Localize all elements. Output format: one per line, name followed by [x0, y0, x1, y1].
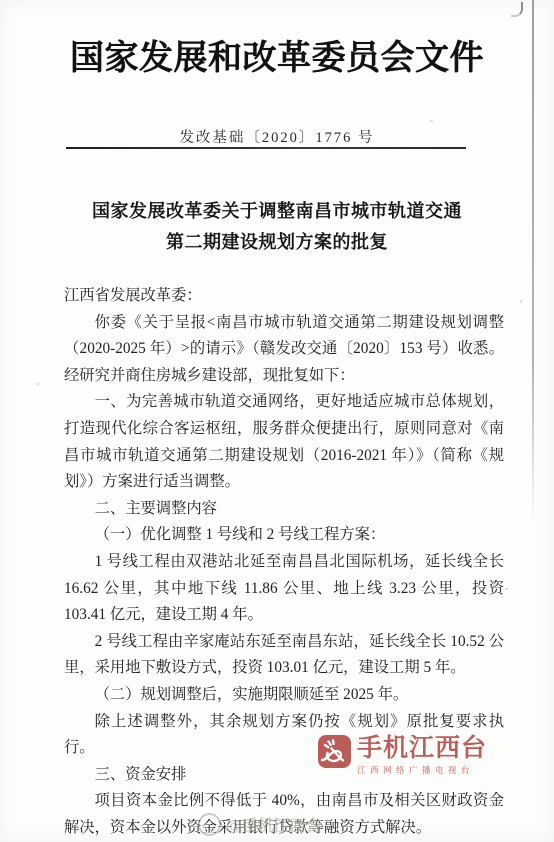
scan-speck [520, 300, 522, 303]
scan-edge-line [532, 0, 534, 525]
watermark-logo-subtext: 江西网络广播电视台 [357, 764, 487, 776]
doc-number: 发改基础〔2020〕1776 号 [0, 126, 554, 147]
document-title: 国家发展改革委关于调整南昌市城市轨道交通 第二期建设规划方案的批复 [0, 196, 554, 258]
watermark-logo-text: 手机江西台 [357, 735, 487, 761]
salutation-line: 江西省发展改革委： [64, 283, 504, 310]
title-line-2: 第二期建设规划方案的批复 [0, 227, 554, 258]
stamp-circle-icon [198, 813, 221, 836]
body-paragraph: 一、为完善城市轨道交通网络，更好地适应城市总体规划，打造现代化综合客运枢纽，服务… [64, 389, 504, 495]
jxntv-watermark: 手机江西台 江西网络广播电视台 [318, 735, 487, 776]
agency-header: 国家发展和改革委员会文件 [0, 30, 554, 79]
document-page: 国家发展和改革委员会文件 发改基础〔2020〕1776 号 国家发展改革委关于调… [0, 0, 554, 842]
body-paragraph: （一）优化调整 1 号线和 2 号线工程方案： [64, 522, 504, 549]
scan-corner-mark [511, 2, 523, 17]
title-line-1: 国家发展改革委关于调整南昌市城市轨道交通 [0, 196, 554, 227]
body-paragraph: 你委《关于呈报<南昌市城市轨道交通第二期建设规划调整（2020-2025 年）>… [64, 310, 504, 390]
header-divider [66, 147, 466, 149]
scan-speck [36, 383, 39, 385]
scan-speck [430, 120, 433, 122]
scan-speck [505, 588, 508, 590]
body-paragraph: （二）规划调整后，实施期限顺延至 2025 年。 [64, 682, 504, 709]
stamp-text: @手机江西台 [226, 813, 322, 836]
bottom-stamp-watermark: @手机江西台 [198, 813, 322, 836]
jxntv-logo-icon [318, 735, 351, 768]
body-paragraph: 二、主要调整内容 [64, 496, 504, 523]
body-paragraph: 1 号线工程由双港站北延至南昌昌北国际机场，延长线全长 16.62 公里，其中地… [64, 549, 504, 629]
body-paragraph: 2 号线工程由辛家庵站东延至南昌东站，延长线全长 10.52 公里，采用地下敷设… [64, 629, 504, 682]
